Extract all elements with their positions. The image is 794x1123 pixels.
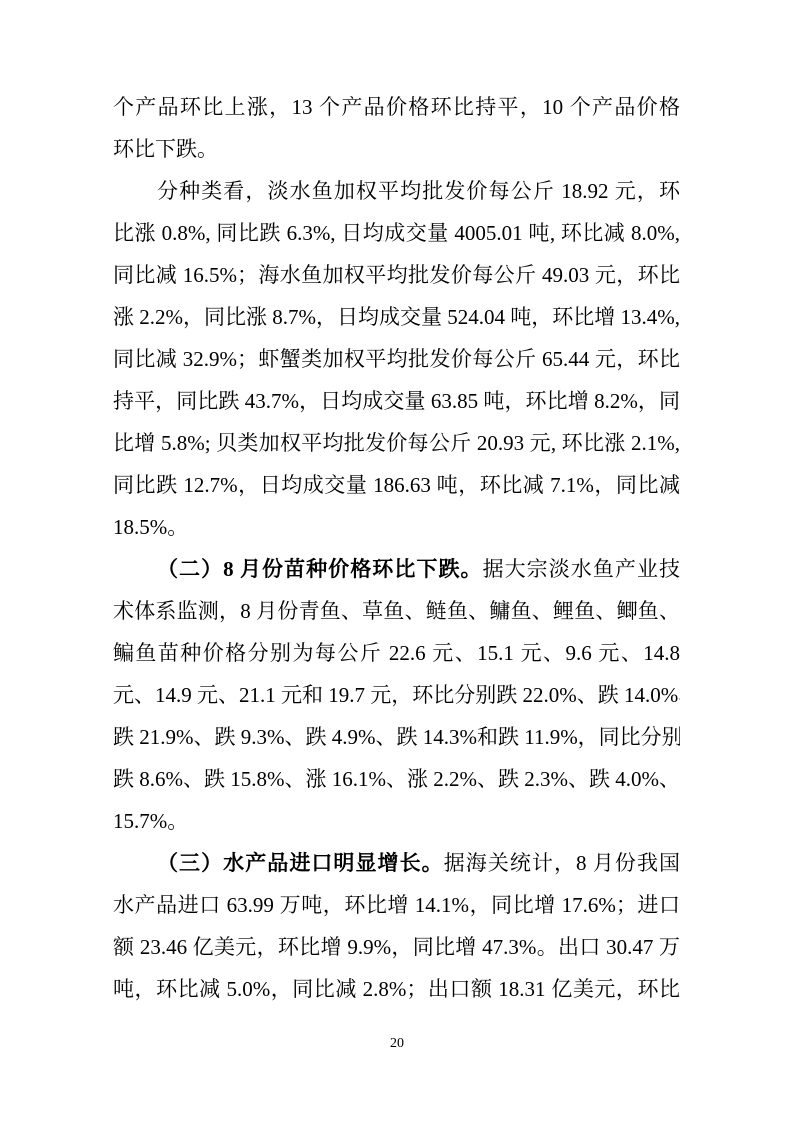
- text-line: 跌 8.6%、跌 15.8%、涨 16.1%、涨 2.2%、跌 2.3%、跌 4…: [113, 758, 680, 800]
- text-line: 涨 2.2%，同比涨 8.7%，日均成交量 524.04 吨，环比增 13.4%…: [113, 296, 680, 338]
- paragraph-section-2: （二）8 月份苗种价格环比下跌。据大宗淡水鱼产业技 术体系监测，8 月份青鱼、草…: [113, 548, 680, 842]
- document-page: 个产品环比上涨，13 个产品价格环比持平，10 个产品价格 环比下跌。 分种类看…: [0, 0, 794, 1123]
- text-line: 比涨 0.8%, 同比跌 6.3%, 日均成交量 4005.01 吨, 环比减 …: [113, 212, 680, 254]
- text-line: 同比跌 12.7%，日均成交量 186.63 吨，环比减 7.1%，同比减: [113, 464, 680, 506]
- text-line: 环比下跌。: [113, 128, 680, 170]
- text-line: 同比减 32.9%；虾蟹类加权平均批发价每公斤 65.44 元，环比: [113, 338, 680, 380]
- text-line: 比增 5.8%; 贝类加权平均批发价每公斤 20.93 元, 环比涨 2.1%,: [113, 422, 680, 464]
- text-line: 同比减 16.5%；海水鱼加权平均批发价每公斤 49.03 元，环比: [113, 254, 680, 296]
- section-3-heading: （三）水产品进口明显增长。: [157, 851, 444, 875]
- text-line: 跌 21.9%、跌 9.3%、跌 4.9%、跌 14.3%和跌 11.9%，同比…: [113, 716, 680, 758]
- paragraph-species-prices: 分种类看，淡水鱼加权平均批发价每公斤 18.92 元，环 比涨 0.8%, 同比…: [113, 170, 680, 548]
- page-number: 20: [0, 1034, 794, 1054]
- text-line: 额 23.46 亿美元，环比增 9.9%，同比增 47.3%。出口 30.47 …: [113, 926, 680, 968]
- text-line: 吨，环比减 5.0%，同比减 2.8%；出口额 18.31 亿美元，环比: [113, 968, 680, 1010]
- text-line: （三）水产品进口明显增长。据海关统计，8 月份我国: [113, 842, 680, 884]
- section-2-heading-rest: 据大宗淡水鱼产业技: [483, 557, 680, 581]
- text-line: 鳊鱼苗种价格分别为每公斤 22.6 元、15.1 元、9.6 元、14.8: [113, 632, 680, 674]
- text-line: 15.7%。: [113, 800, 680, 842]
- text-line: 18.5%。: [113, 506, 680, 548]
- text-line: 分种类看，淡水鱼加权平均批发价每公斤 18.92 元，环: [113, 170, 680, 212]
- section-2-heading: （二）8 月份苗种价格环比下跌。: [157, 557, 483, 581]
- paragraph-section-3: （三）水产品进口明显增长。据海关统计，8 月份我国 水产品进口 63.99 万吨…: [113, 842, 680, 1010]
- text-line: 持平，同比跌 43.7%，日均成交量 63.85 吨，环比增 8.2%，同: [113, 380, 680, 422]
- text-block: 个产品环比上涨，13 个产品价格环比持平，10 个产品价格 环比下跌。 分种类看…: [113, 86, 680, 1010]
- text-line: 术体系监测，8 月份青鱼、草鱼、鲢鱼、鳙鱼、鲤鱼、鲫鱼、: [113, 590, 680, 632]
- text-line: 水产品进口 63.99 万吨，环比增 14.1%，同比增 17.6%；进口: [113, 884, 680, 926]
- paragraph-continuation: 个产品环比上涨，13 个产品价格环比持平，10 个产品价格 环比下跌。: [113, 86, 680, 170]
- section-3-heading-rest: 据海关统计，8 月份我国: [444, 851, 680, 875]
- text-line: 个产品环比上涨，13 个产品价格环比持平，10 个产品价格: [113, 86, 680, 128]
- text-line: （二）8 月份苗种价格环比下跌。据大宗淡水鱼产业技: [113, 548, 680, 590]
- text-line: 元、14.9 元、21.1 元和 19.7 元，环比分别跌 22.0%、跌 14…: [113, 674, 680, 716]
